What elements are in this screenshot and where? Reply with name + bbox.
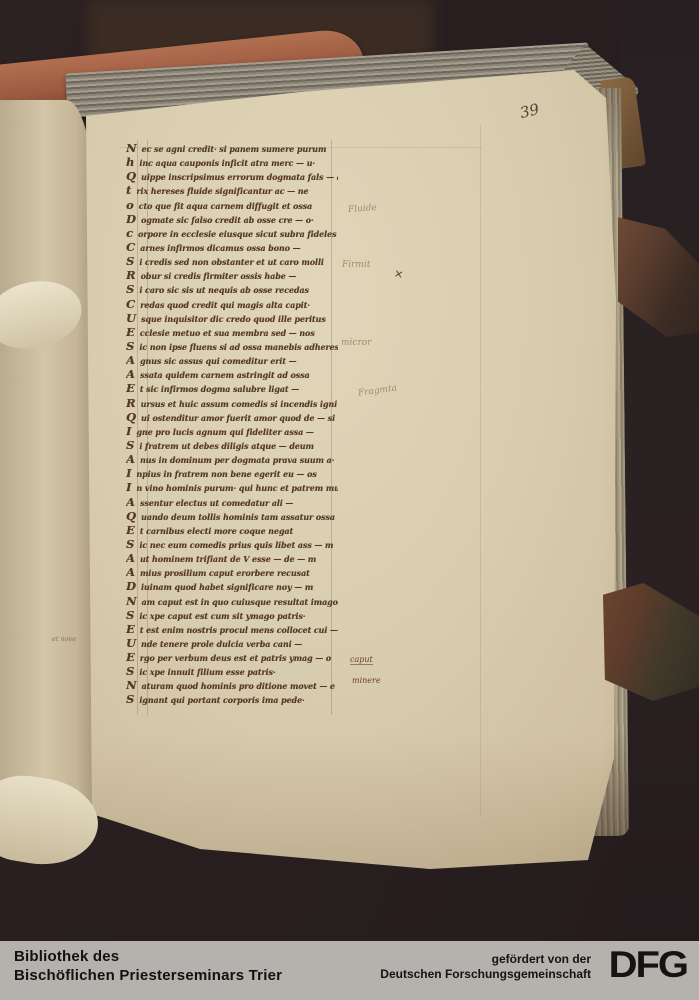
photo-area: 39 Nec se agni credit· si panem sumere p…	[0, 0, 699, 941]
library-name-line2: Bischöflichen Priesterseminars Trier	[14, 967, 282, 986]
manuscript-line: Unde tenere prole dulcia verba cani —	[126, 636, 338, 650]
library-name: Bibliothek des Bischöflichen Priestersem…	[14, 948, 282, 985]
digitized-manuscript-scan: 39 Nec se agni credit· si panem sumere p…	[0, 0, 699, 1000]
manuscript-line: Sic nec eum comedis prius quis libet ass…	[126, 537, 338, 551]
funding-credit-line1: gefördert von der	[380, 952, 591, 967]
ruling-line-margin	[480, 125, 481, 815]
margin-gloss-caput: caput	[350, 655, 373, 665]
manuscript-line: Si caro sic sis ut nequis ab osse receda…	[126, 282, 338, 296]
manuscript-line: Igne pro lucis agnum qui fideliter assa …	[126, 424, 338, 438]
manuscript-line: Et sic infirmos dogma salubre ligat —	[126, 381, 338, 395]
manuscript-line: Nam caput est in quo cuiusque resultat i…	[126, 594, 338, 608]
manuscript-line: Si credis sed non obstanter et ut caro m…	[126, 254, 338, 268]
manuscript-line: Et carnibus electi more coque negat	[126, 523, 338, 537]
manuscript-line: Carnes infirmos dicamus ossa bono —	[126, 240, 338, 254]
manuscript-line: Usque inquisitor dic credo quod ille per…	[126, 311, 338, 325]
manuscript-line: Signant qui portant corporis ima pede·	[126, 692, 338, 706]
manuscript-line: Assata quidem carnem astringit ad ossa	[126, 367, 338, 381]
manuscript-line: octo que fit aqua carnem diffugit et oss…	[126, 198, 338, 212]
manuscript-line: Rursus et huic assum comedis si incendis…	[126, 396, 338, 410]
manuscript-line: Sic non ipse fluens si ad ossa manebis a…	[126, 339, 338, 353]
manuscript-line: Et est enim nostris procul mens collocet…	[126, 622, 338, 636]
manuscript-line: Credas quod credit qui magis alta capit·	[126, 297, 338, 311]
manuscript-line: hinc aqua cauponis inficit atra merc — u…	[126, 155, 338, 169]
manuscript-line: Ecclesie metuo et sua membra sed — nos	[126, 325, 338, 339]
manuscript-line: Dogmate sic falso credit ab osse cre — o…	[126, 212, 338, 226]
library-name-line1: Bibliothek des	[14, 948, 282, 967]
manuscript-line: Diuinam quod habet significare noy — m	[126, 579, 338, 593]
manuscript-line: Assentur electus ut comedatur ali —	[126, 495, 338, 509]
manuscript-line: Inpius in fratrem non bene egerit eu — o…	[126, 466, 338, 480]
funding-credit: gefördert von der Deutschen Forschungsge…	[380, 952, 591, 982]
manuscript-line: Aut hominem trifiant de V esse — de — m	[126, 551, 338, 565]
manuscript-line: Nec se agni credit· si panem sumere puru…	[126, 141, 338, 155]
manuscript-line: Naturam quod hominis pro ditione movet —…	[126, 678, 338, 692]
margin-note-firmit: Firmit	[342, 260, 370, 270]
manuscript-line: Si fratrem ut debes diligis atque — deum	[126, 438, 338, 452]
manuscript-line: trix hereses fluide significantur ac — n…	[126, 183, 338, 197]
dfg-logo: DFG	[609, 945, 687, 986]
funding-credit-line2: Deutschen Forschungsgemeinschaft	[380, 967, 591, 982]
margin-note-micror: micror	[341, 338, 371, 348]
manuscript-line: Quando deum tollis hominis tam assatur o…	[126, 509, 338, 523]
manuscript-line: Quippe inscripsimus errorum dogmata fals…	[126, 169, 338, 183]
manuscript-line: Anus in dominum per dogmata prava suum a…	[126, 452, 338, 466]
library-banner: Bibliothek des Bischöflichen Priestersem…	[0, 941, 699, 1000]
manuscript-text-column: Nec se agni credit· si panem sumere puru…	[126, 141, 338, 707]
margin-note-fluide: Fluide	[348, 203, 378, 215]
manuscript-line: In vino hominis purum· qui hunc et patre…	[126, 480, 338, 494]
manuscript-line: Sic xpe caput est cum sit ymago patris·	[126, 608, 338, 622]
manuscript-line: Sic xpe innuit filium esse patris·	[126, 664, 338, 678]
margin-note-left: et nove	[52, 635, 76, 643]
manuscript-line: Ergo per verbum deus est et patris ymag …	[126, 650, 338, 664]
manuscript-line: Amius prosilium caput erorbere recusat	[126, 565, 338, 579]
manuscript-line: Qui ostenditur amor fuerit amor quod de …	[126, 410, 338, 424]
facing-page-edge	[0, 100, 96, 840]
margin-gloss-minere: minere	[352, 676, 381, 685]
manuscript-line: corpore in ecclesie eiusque sicut subra …	[126, 226, 338, 240]
manuscript-page	[0, 0, 699, 941]
manuscript-line: Robur si credis firmiter ossis habe —	[126, 268, 338, 282]
manuscript-line: Agnus sic assus qui comeditur erit —	[126, 353, 338, 367]
